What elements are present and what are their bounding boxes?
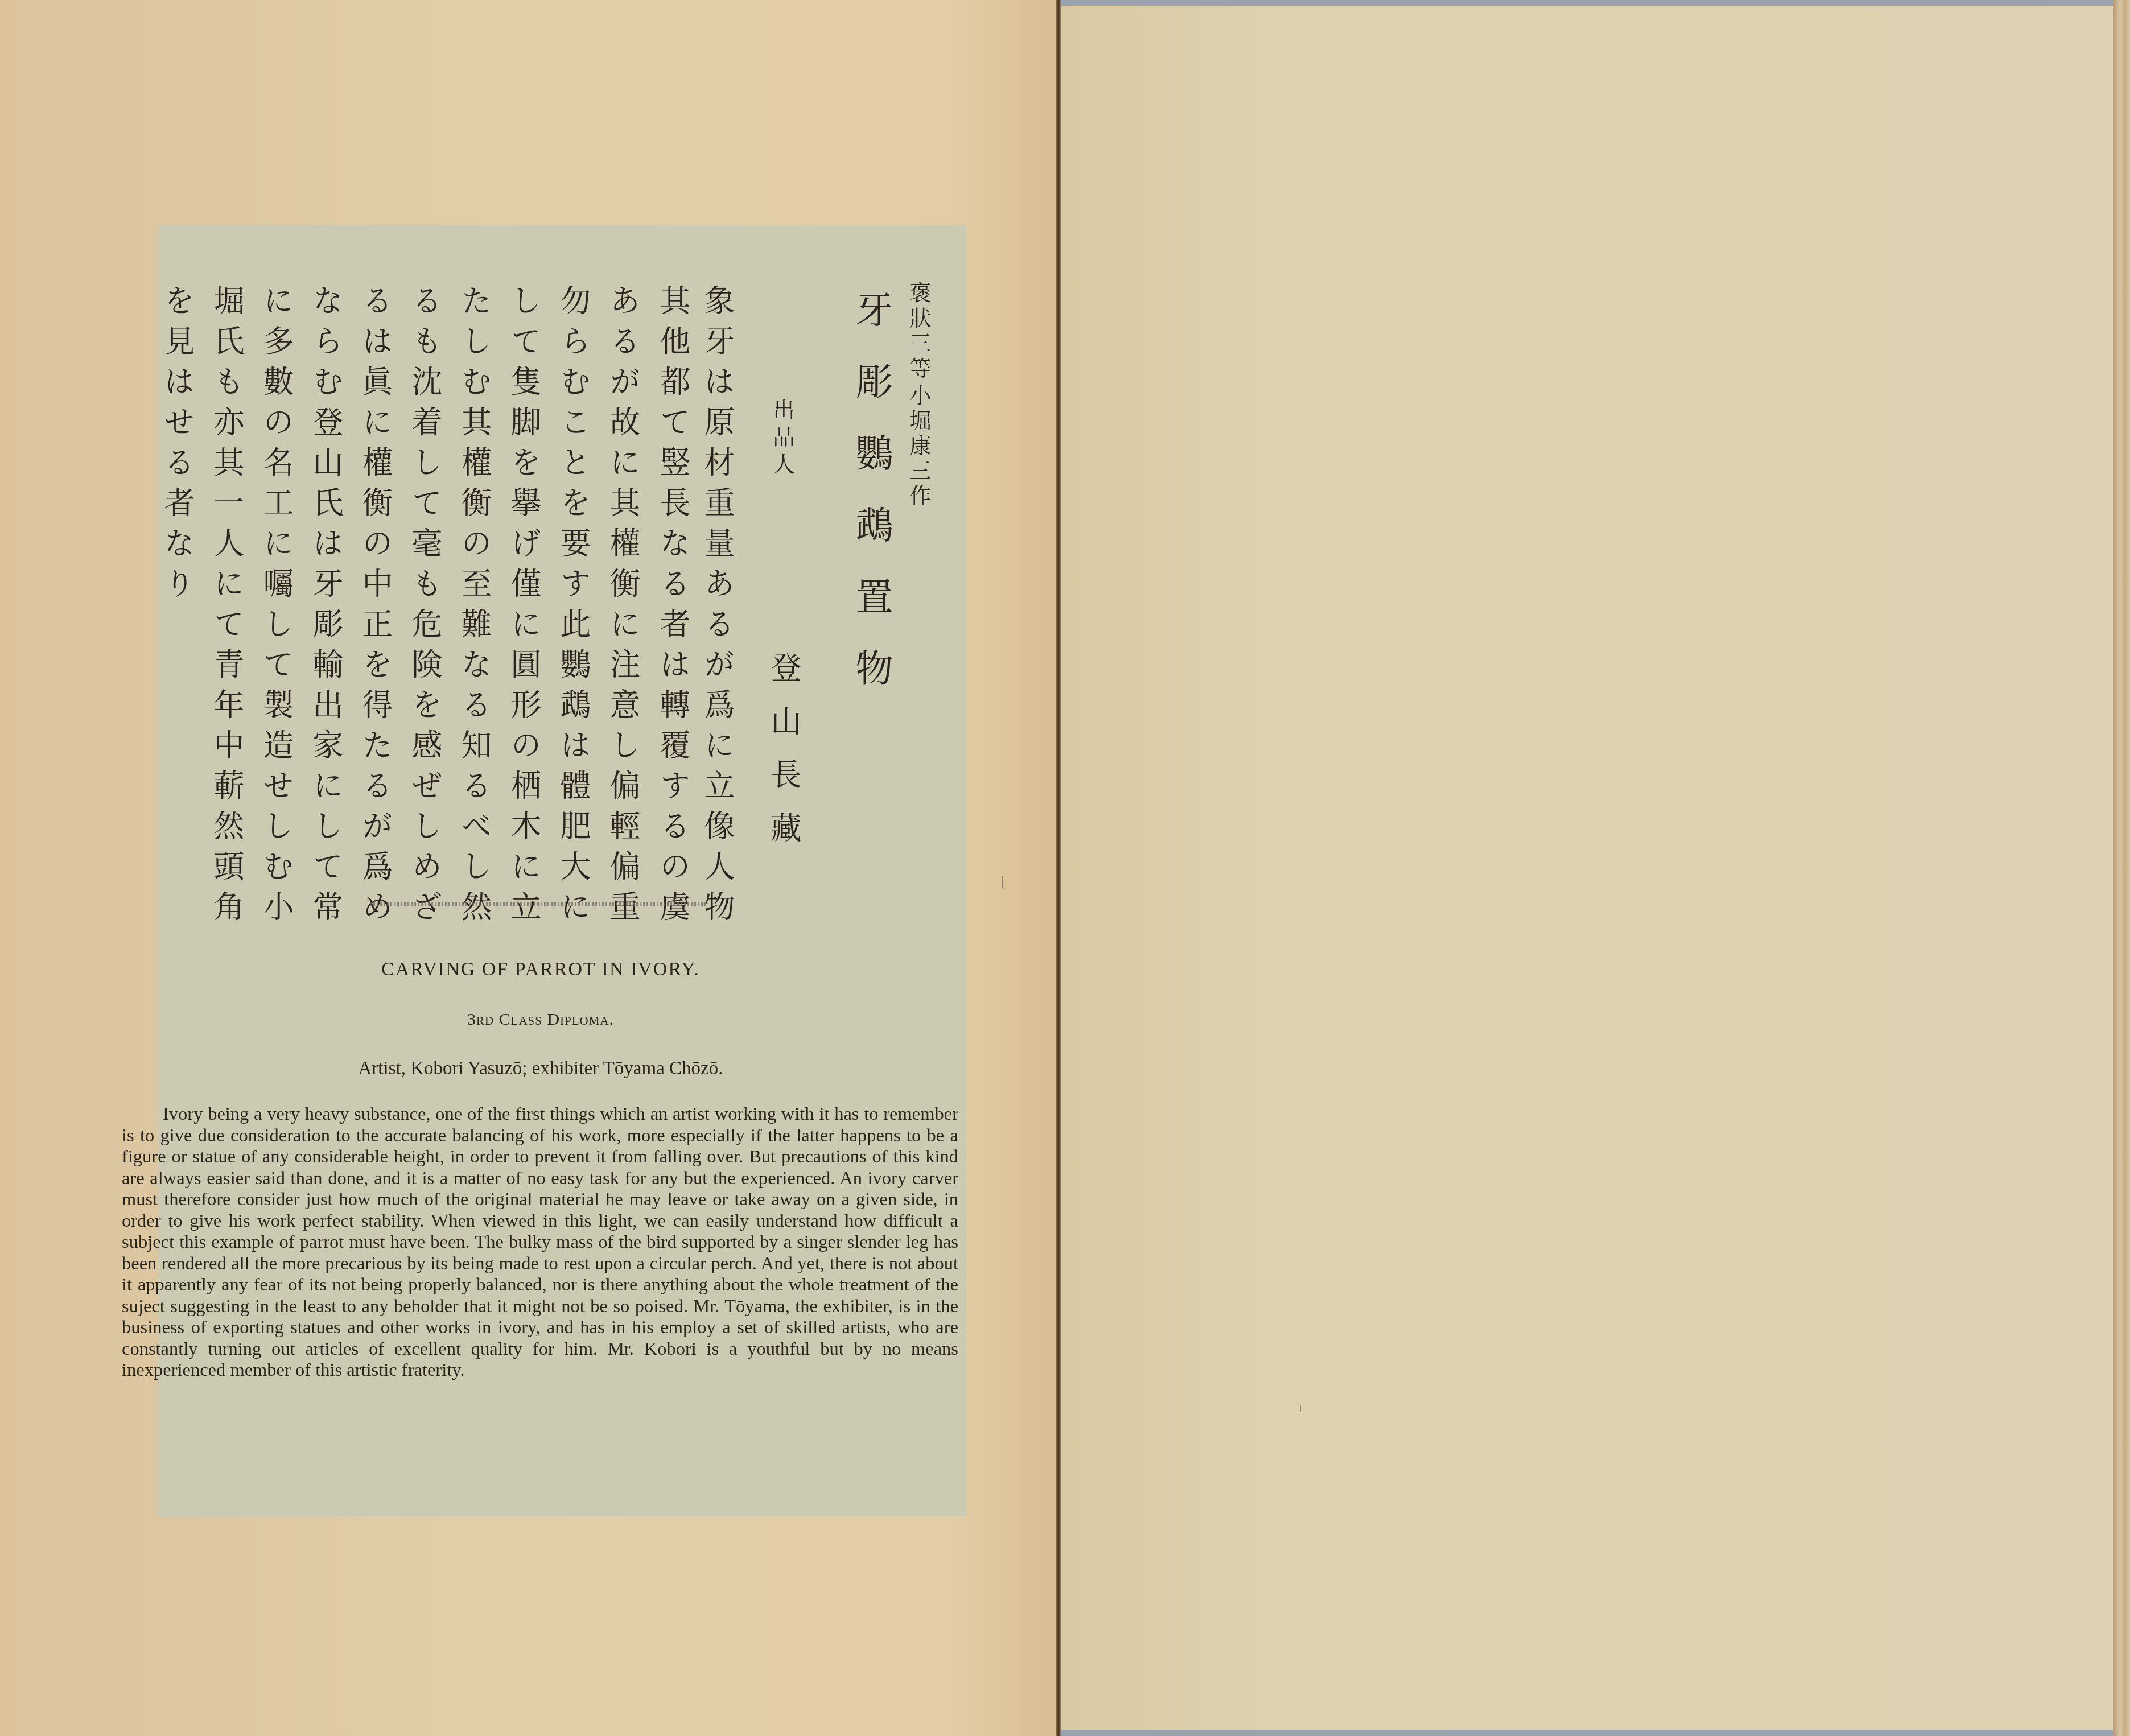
jp-column-12: を見はせる者なり: [162, 284, 192, 608]
jp-column-6: たしむ其權衡の至難なる知るべし然: [459, 284, 489, 931]
exhibitor-name: 登山長藏: [768, 651, 799, 865]
diploma-subtitle: 3rd Class Diploma.: [341, 1010, 740, 1029]
jp-column-5: して隻脚を擧げ僅に圓形の栖木に立: [508, 284, 539, 931]
jp-column-7: るも沈着して毫も危険を感ぜしめざ: [409, 284, 440, 931]
jp-column-3: あるが故に其權衡に注意し偏輕偏重: [607, 284, 638, 931]
paper-speck: [1002, 876, 1003, 889]
award-grade: 褒狀三等: [908, 282, 929, 382]
jp-column-9: ならむ登山氏は牙彫輸出家にして常: [310, 284, 341, 931]
wavy-divider: [370, 902, 706, 906]
book-gutter: [1056, 0, 1061, 1736]
english-credit: Artist, Kobori Yasuzō; exhibiter Tōyama …: [256, 1058, 825, 1079]
english-body-paragraph: Ivory being a very heavy substance, one …: [122, 1104, 958, 1382]
artist-credit-jp: 小堀康三作: [908, 384, 929, 509]
japanese-title: 牙彫鸚鵡置物: [852, 290, 889, 720]
paper-speck: [1300, 1405, 1301, 1412]
left-page: 牙彫鸚鵡置物 褒狀三等 小堀康三作 出品人 登山長藏 象牙は原材重量あるが爲に立…: [0, 0, 1060, 1736]
jp-column-2: 其他都て竪長なる者は轉覆するの虞: [657, 284, 688, 931]
jp-column-11: 堀氏も亦其一人にて青年中蔪然頭角: [211, 284, 242, 931]
jp-column-8: るは眞に權衡の中正を得たるが爲め: [360, 284, 390, 931]
jp-column-1: 象牙は原材重量あるが爲に立像人物: [702, 284, 732, 931]
english-title: CARVING OF PARROT IN IVORY.: [341, 959, 740, 980]
right-page-blank: [1061, 6, 2113, 1730]
exhibitor-label: 出品人: [771, 398, 793, 480]
page-stack-edge: [2113, 0, 2130, 1736]
jp-column-10: に多數の名工に囑して製造せしむ小: [261, 284, 291, 931]
jp-column-4: 勿らむことを要す此鸚鵡は體肥大に: [558, 284, 588, 931]
